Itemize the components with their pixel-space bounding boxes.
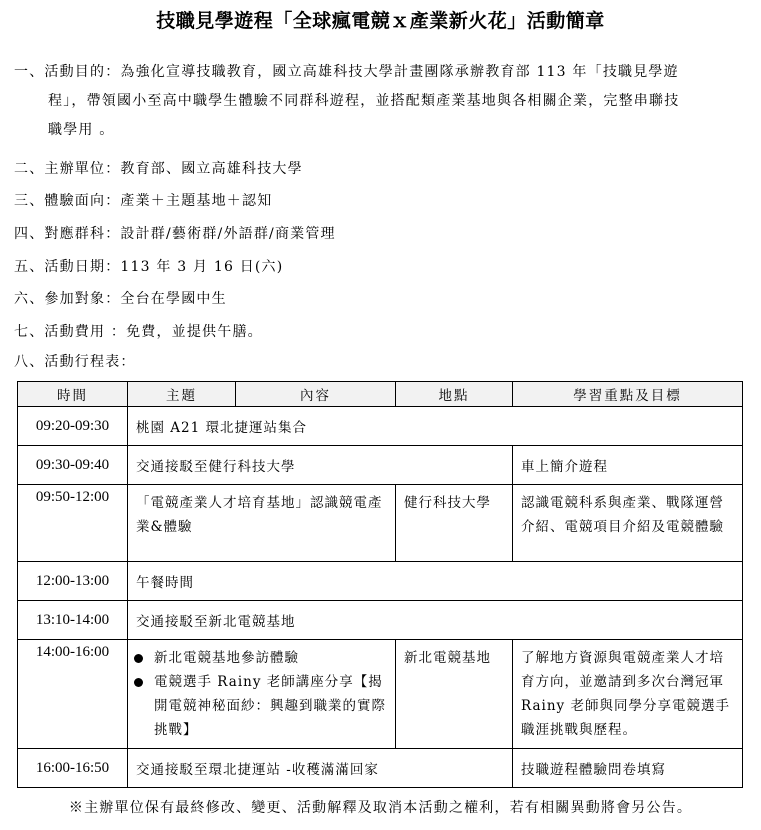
section-groups: 四、對應群科：設計群/藝術群/外語群/商業管理 xyxy=(14,220,336,249)
section-value: 免費，並提供午膳。 xyxy=(126,324,263,340)
cell-time-text: 14:00-16:00 xyxy=(20,640,125,664)
section-label: 參加對象： xyxy=(44,291,120,307)
cell-content: 桃園 A21 環北捷運站集合 xyxy=(128,407,743,446)
cell-time: 09:20-09:30 xyxy=(18,407,128,446)
section-schedule-heading: 八、活動行程表： xyxy=(14,350,136,374)
section-text-line: 程」，帶領國小至高中職學生體驗不同群科遊程，並搭配類產業基地與各相關企業，完整串… xyxy=(14,87,746,116)
cell-time: 09:30-09:40 xyxy=(18,446,128,485)
section-label: 主辦單位： xyxy=(44,161,120,177)
bullet-list: 新北電競基地參訪體驗 電競選手 Rainy 老師講座分享【揭開電競神秘面紗：興趣… xyxy=(132,646,387,742)
bullet-text: 新北電競基地參訪體驗 xyxy=(154,650,299,666)
section-text-line: 職學用 。 xyxy=(14,116,746,145)
cell-content-text: 「電競產業人才培育基地」認識競電產業&體驗 xyxy=(136,491,387,539)
footnote: ※主辦單位保有最終修改、變更、活動解釋及取消本活動之權利，若有相關異動將會另公告… xyxy=(0,797,761,817)
header-content: 內容 xyxy=(236,382,396,407)
cell-content: 交通接駁至健行科技大學 xyxy=(128,446,513,485)
section-organizer: 二、主辦單位：教育部、國立高雄科技大學 xyxy=(14,155,303,184)
cell-goal-text: 了解地方資源與電競產業人才培育方向，並邀請到多次台灣冠軍 Rainy 老師與同學… xyxy=(521,646,734,742)
cell-time-text: 09:50-12:00 xyxy=(20,485,125,509)
section-number: 八、 xyxy=(14,350,44,374)
section-value: 教育部、國立高雄科技大學 xyxy=(120,161,302,177)
bullet-item: 電競選手 Rainy 老師講座分享【揭開電競神秘面紗：興趣到職業的實際挑戰】 xyxy=(132,670,387,742)
table-row: 16:00-16:50 交通接駁至環北捷運站 -收穫滿滿回家 技職遊程體驗問卷填… xyxy=(18,749,743,788)
section-experience: 三、體驗面向：產業＋主題基地＋認知 xyxy=(14,187,272,216)
cell-goal-text: 認識電競科系與產業、戰隊運營介紹、電競項目介紹及電競體驗 xyxy=(521,491,734,539)
bullet-text: 電競選手 Rainy 老師講座分享【揭開電競神秘面紗：興趣到職業的實際挑戰】 xyxy=(154,674,386,738)
cell-location: 新北電競基地 xyxy=(396,640,513,749)
cell-location-text: 健行科技大學 xyxy=(404,491,504,515)
bullet-item: 新北電競基地參訪體驗 xyxy=(132,646,387,670)
section-text-line: 為強化宣導技職教育，國立高雄科技大學計畫團隊承辦教育部 113 年「技職見學遊 xyxy=(120,64,678,80)
cell-goal: 車上簡介遊程 xyxy=(513,446,743,485)
cell-content: 「電競產業人才培育基地」認識競電產業&體驗 xyxy=(128,485,396,562)
cell-content: 交通接駁至新北電競基地 xyxy=(128,601,743,640)
table-row: 09:30-09:40 交通接駁至健行科技大學 車上簡介遊程 xyxy=(18,446,743,485)
table-header-row: 時間 主題 內容 地點 學習重點及目標 xyxy=(18,382,743,407)
section-purpose: 一、活動目的：為強化宣導技職教育，國立高雄科技大學計畫團隊承辦教育部 113 年… xyxy=(14,58,746,145)
section-fee: 七、活動費用 ：免費，並提供午膳。 xyxy=(14,318,263,347)
section-label: 活動日期： xyxy=(44,259,120,275)
bullet-icon xyxy=(134,654,143,663)
header-location: 地點 xyxy=(396,382,513,407)
table-row: 14:00-16:00 新北電競基地參訪體驗 電競選手 Rainy 老師講座分享… xyxy=(18,640,743,749)
cell-time: 16:00-16:50 xyxy=(18,749,128,788)
table-row: 13:10-14:00 交通接駁至新北電競基地 xyxy=(18,601,743,640)
cell-content: 交通接駁至環北捷運站 -收穫滿滿回家 xyxy=(128,749,513,788)
cell-location-text: 新北電競基地 xyxy=(404,646,504,670)
section-number: 二、 xyxy=(14,155,44,184)
section-number: 四、 xyxy=(14,220,44,249)
cell-time: 13:10-14:00 xyxy=(18,601,128,640)
section-label: 活動目的： xyxy=(44,64,120,80)
cell-time: 14:00-16:00 xyxy=(18,640,128,749)
section-number: 六、 xyxy=(14,285,44,314)
section-audience: 六、參加對象：全台在學國中生 xyxy=(14,285,227,314)
header-topic: 主題 xyxy=(128,382,236,407)
section-number: 三、 xyxy=(14,187,44,216)
cell-content: 新北電競基地參訪體驗 電競選手 Rainy 老師講座分享【揭開電競神秘面紗：興趣… xyxy=(128,640,396,749)
cell-goal: 了解地方資源與電競產業人才培育方向，並邀請到多次台灣冠軍 Rainy 老師與同學… xyxy=(513,640,743,749)
cell-goal: 認識電競科系與產業、戰隊運營介紹、電競項目介紹及電競體驗 xyxy=(513,485,743,562)
cell-location: 健行科技大學 xyxy=(396,485,513,562)
section-value: 113 年 3 月 16 日(六) xyxy=(120,259,283,275)
document-title: 技職見學遊程「全球瘋電競ｘ產業新火花」活動簡章 xyxy=(0,6,761,33)
cell-time: 12:00-13:00 xyxy=(18,562,128,601)
section-number: 五、 xyxy=(14,253,44,282)
section-value: 設計群/藝術群/外語群/商業管理 xyxy=(120,226,335,242)
section-label: 活動費用 ： xyxy=(44,324,126,340)
section-label: 對應群科： xyxy=(44,226,120,242)
section-value: 全台在學國中生 xyxy=(120,291,226,307)
section-number: 一、 xyxy=(14,58,44,87)
table-row: 12:00-13:00 午餐時間 xyxy=(18,562,743,601)
table-row: 09:50-12:00 「電競產業人才培育基地」認識競電產業&體驗 健行科技大學… xyxy=(18,485,743,562)
bullet-icon xyxy=(134,678,143,687)
cell-time: 09:50-12:00 xyxy=(18,485,128,562)
schedule-table: 時間 主題 內容 地點 學習重點及目標 09:20-09:30 桃園 A21 環… xyxy=(17,381,743,788)
section-value: 產業＋主題基地＋認知 xyxy=(120,193,272,209)
section-date: 五、活動日期：113 年 3 月 16 日(六) xyxy=(14,253,283,282)
section-number: 七、 xyxy=(14,318,44,347)
section-label: 活動行程表： xyxy=(44,354,135,370)
cell-content: 午餐時間 xyxy=(128,562,743,601)
cell-goal: 技職遊程體驗問卷填寫 xyxy=(513,749,743,788)
section-label: 體驗面向： xyxy=(44,193,120,209)
header-goals: 學習重點及目標 xyxy=(513,382,743,407)
table-row: 09:20-09:30 桃園 A21 環北捷運站集合 xyxy=(18,407,743,446)
header-time: 時間 xyxy=(18,382,128,407)
